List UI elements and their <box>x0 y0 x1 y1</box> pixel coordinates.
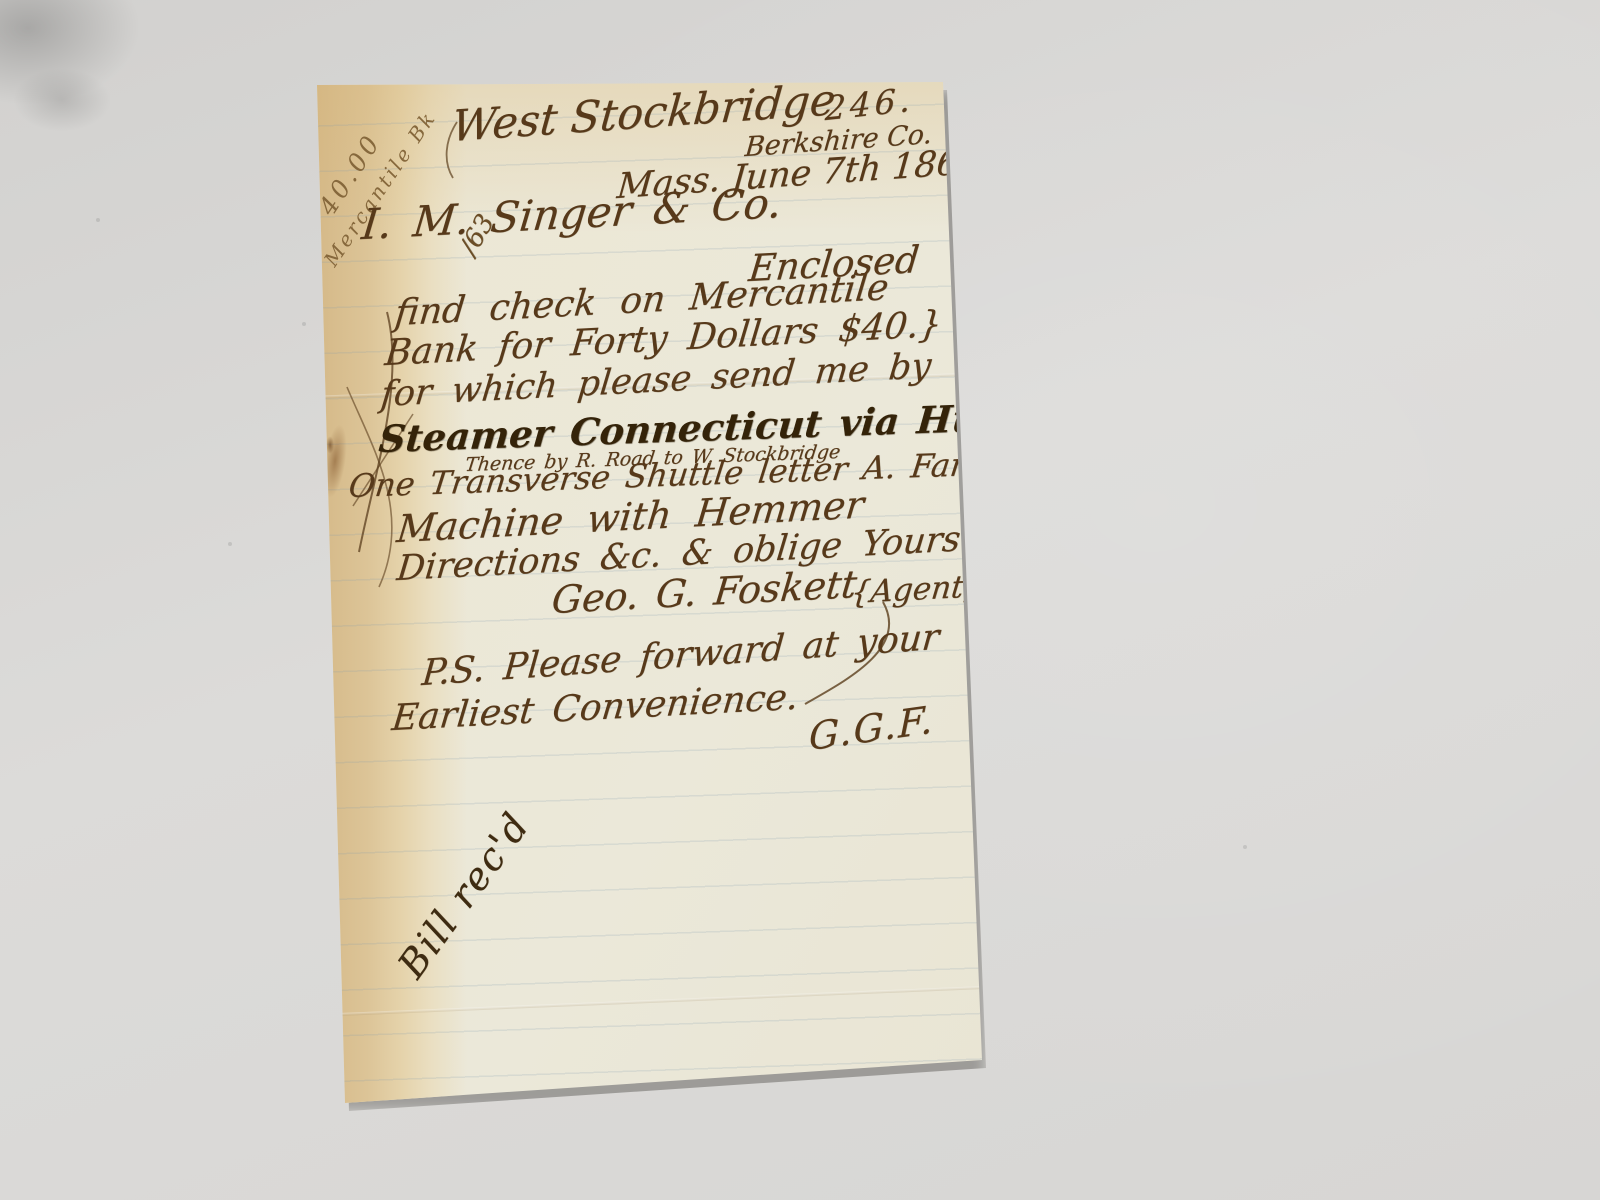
postscript-line: P.S. Please forward at your <box>420 620 940 692</box>
paper-crease <box>317 986 982 1017</box>
wall-speck <box>1243 845 1247 849</box>
letter-paper: 246. 40.00 Mercantile Bk /63 West Stockb… <box>317 82 982 1103</box>
postscript-initials: G.G.F. <box>809 700 935 756</box>
wall-speck <box>302 322 306 326</box>
recipient-line: I. M. Singer & Co. <box>360 182 784 246</box>
received-docket-mark: Bill rec'd <box>392 806 536 985</box>
wall-speck <box>96 218 100 222</box>
docket-number: 246. <box>824 82 914 125</box>
edge-stain-dark <box>325 434 335 456</box>
wall-speck <box>228 542 232 546</box>
photo-backdrop: 246. 40.00 Mercantile Bk /63 West Stockb… <box>0 0 1600 1200</box>
